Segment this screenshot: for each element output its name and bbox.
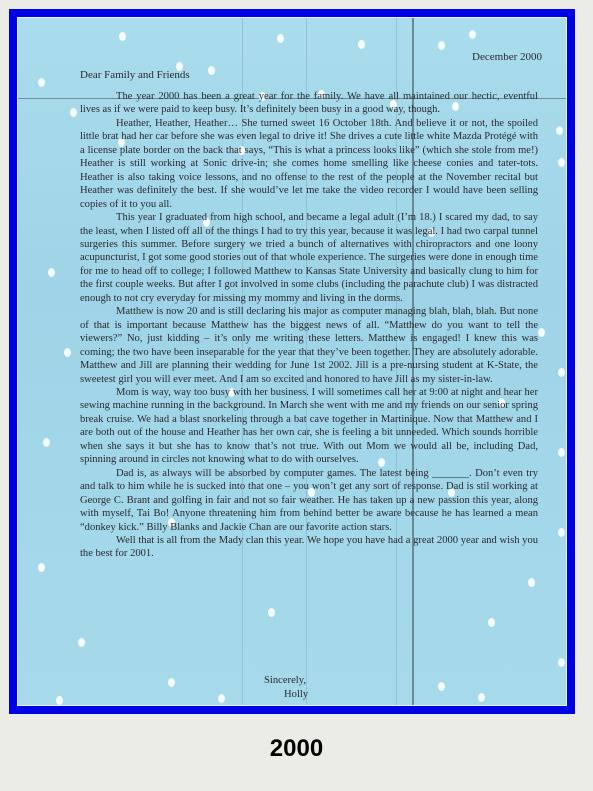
snowflake-icon: [478, 693, 485, 702]
letter-date: December 2000: [472, 51, 542, 63]
snowflake-icon: [558, 158, 565, 167]
snowflake-icon: [438, 682, 445, 691]
snowflake-icon: [38, 78, 45, 87]
snowflake-icon: [556, 126, 563, 135]
letter-body: The year 2000 has been a great year for …: [80, 90, 538, 561]
snowflake-icon: [558, 528, 565, 537]
snowflake-icon: [438, 41, 445, 50]
snowflake-icon: [358, 40, 365, 49]
letter-frame: December 2000 Dear Family and Friends Th…: [9, 9, 575, 714]
closing-phrase: Sincerely,: [264, 674, 308, 688]
snowflake-icon: [277, 34, 284, 43]
snowflake-icon: [78, 638, 85, 647]
paragraph-mom: Mom is way, way too busy with her busine…: [80, 386, 538, 467]
paragraph-intro: The year 2000 has been a great year for …: [80, 90, 538, 117]
letter-paper: December 2000 Dear Family and Friends Th…: [17, 17, 567, 706]
snowflake-icon: [558, 658, 565, 667]
snowflake-icon: [268, 608, 275, 617]
paragraph-dad: Dad is, as always will be absorbed by co…: [80, 467, 538, 534]
snowflake-icon: [168, 678, 175, 687]
image-caption: 2000: [0, 735, 593, 763]
snowflake-icon: [43, 438, 50, 447]
letter-greeting: Dear Family and Friends: [80, 69, 190, 81]
paragraph-holly: This year I graduated from high school, …: [80, 211, 538, 305]
snowflake-icon: [70, 108, 77, 117]
snowflake-icon: [488, 618, 495, 627]
paragraph-heather: Heather, Heather, Heather… She turned sw…: [80, 117, 538, 211]
snowflake-icon: [558, 448, 565, 457]
snowflake-icon: [38, 563, 45, 572]
snowflake-icon: [56, 696, 63, 705]
snowflake-icon: [538, 328, 545, 337]
snowflake-icon: [566, 228, 567, 237]
snowflake-icon: [208, 66, 215, 75]
signature: Holly: [264, 688, 308, 702]
snowflake-icon: [48, 268, 55, 277]
snowflake-icon: [558, 368, 565, 377]
snowflake-icon: [218, 694, 225, 703]
snowflake-icon: [469, 30, 476, 39]
paragraph-farewell: Well that is all from the Mady clan this…: [80, 534, 538, 561]
letter-closing: Sincerely, Holly: [264, 674, 308, 701]
paragraph-matthew: Matthew is now 20 and is still declaring…: [80, 305, 538, 386]
snowflake-icon: [528, 578, 535, 587]
snowflake-icon: [119, 32, 126, 41]
snowflake-icon: [64, 348, 71, 357]
